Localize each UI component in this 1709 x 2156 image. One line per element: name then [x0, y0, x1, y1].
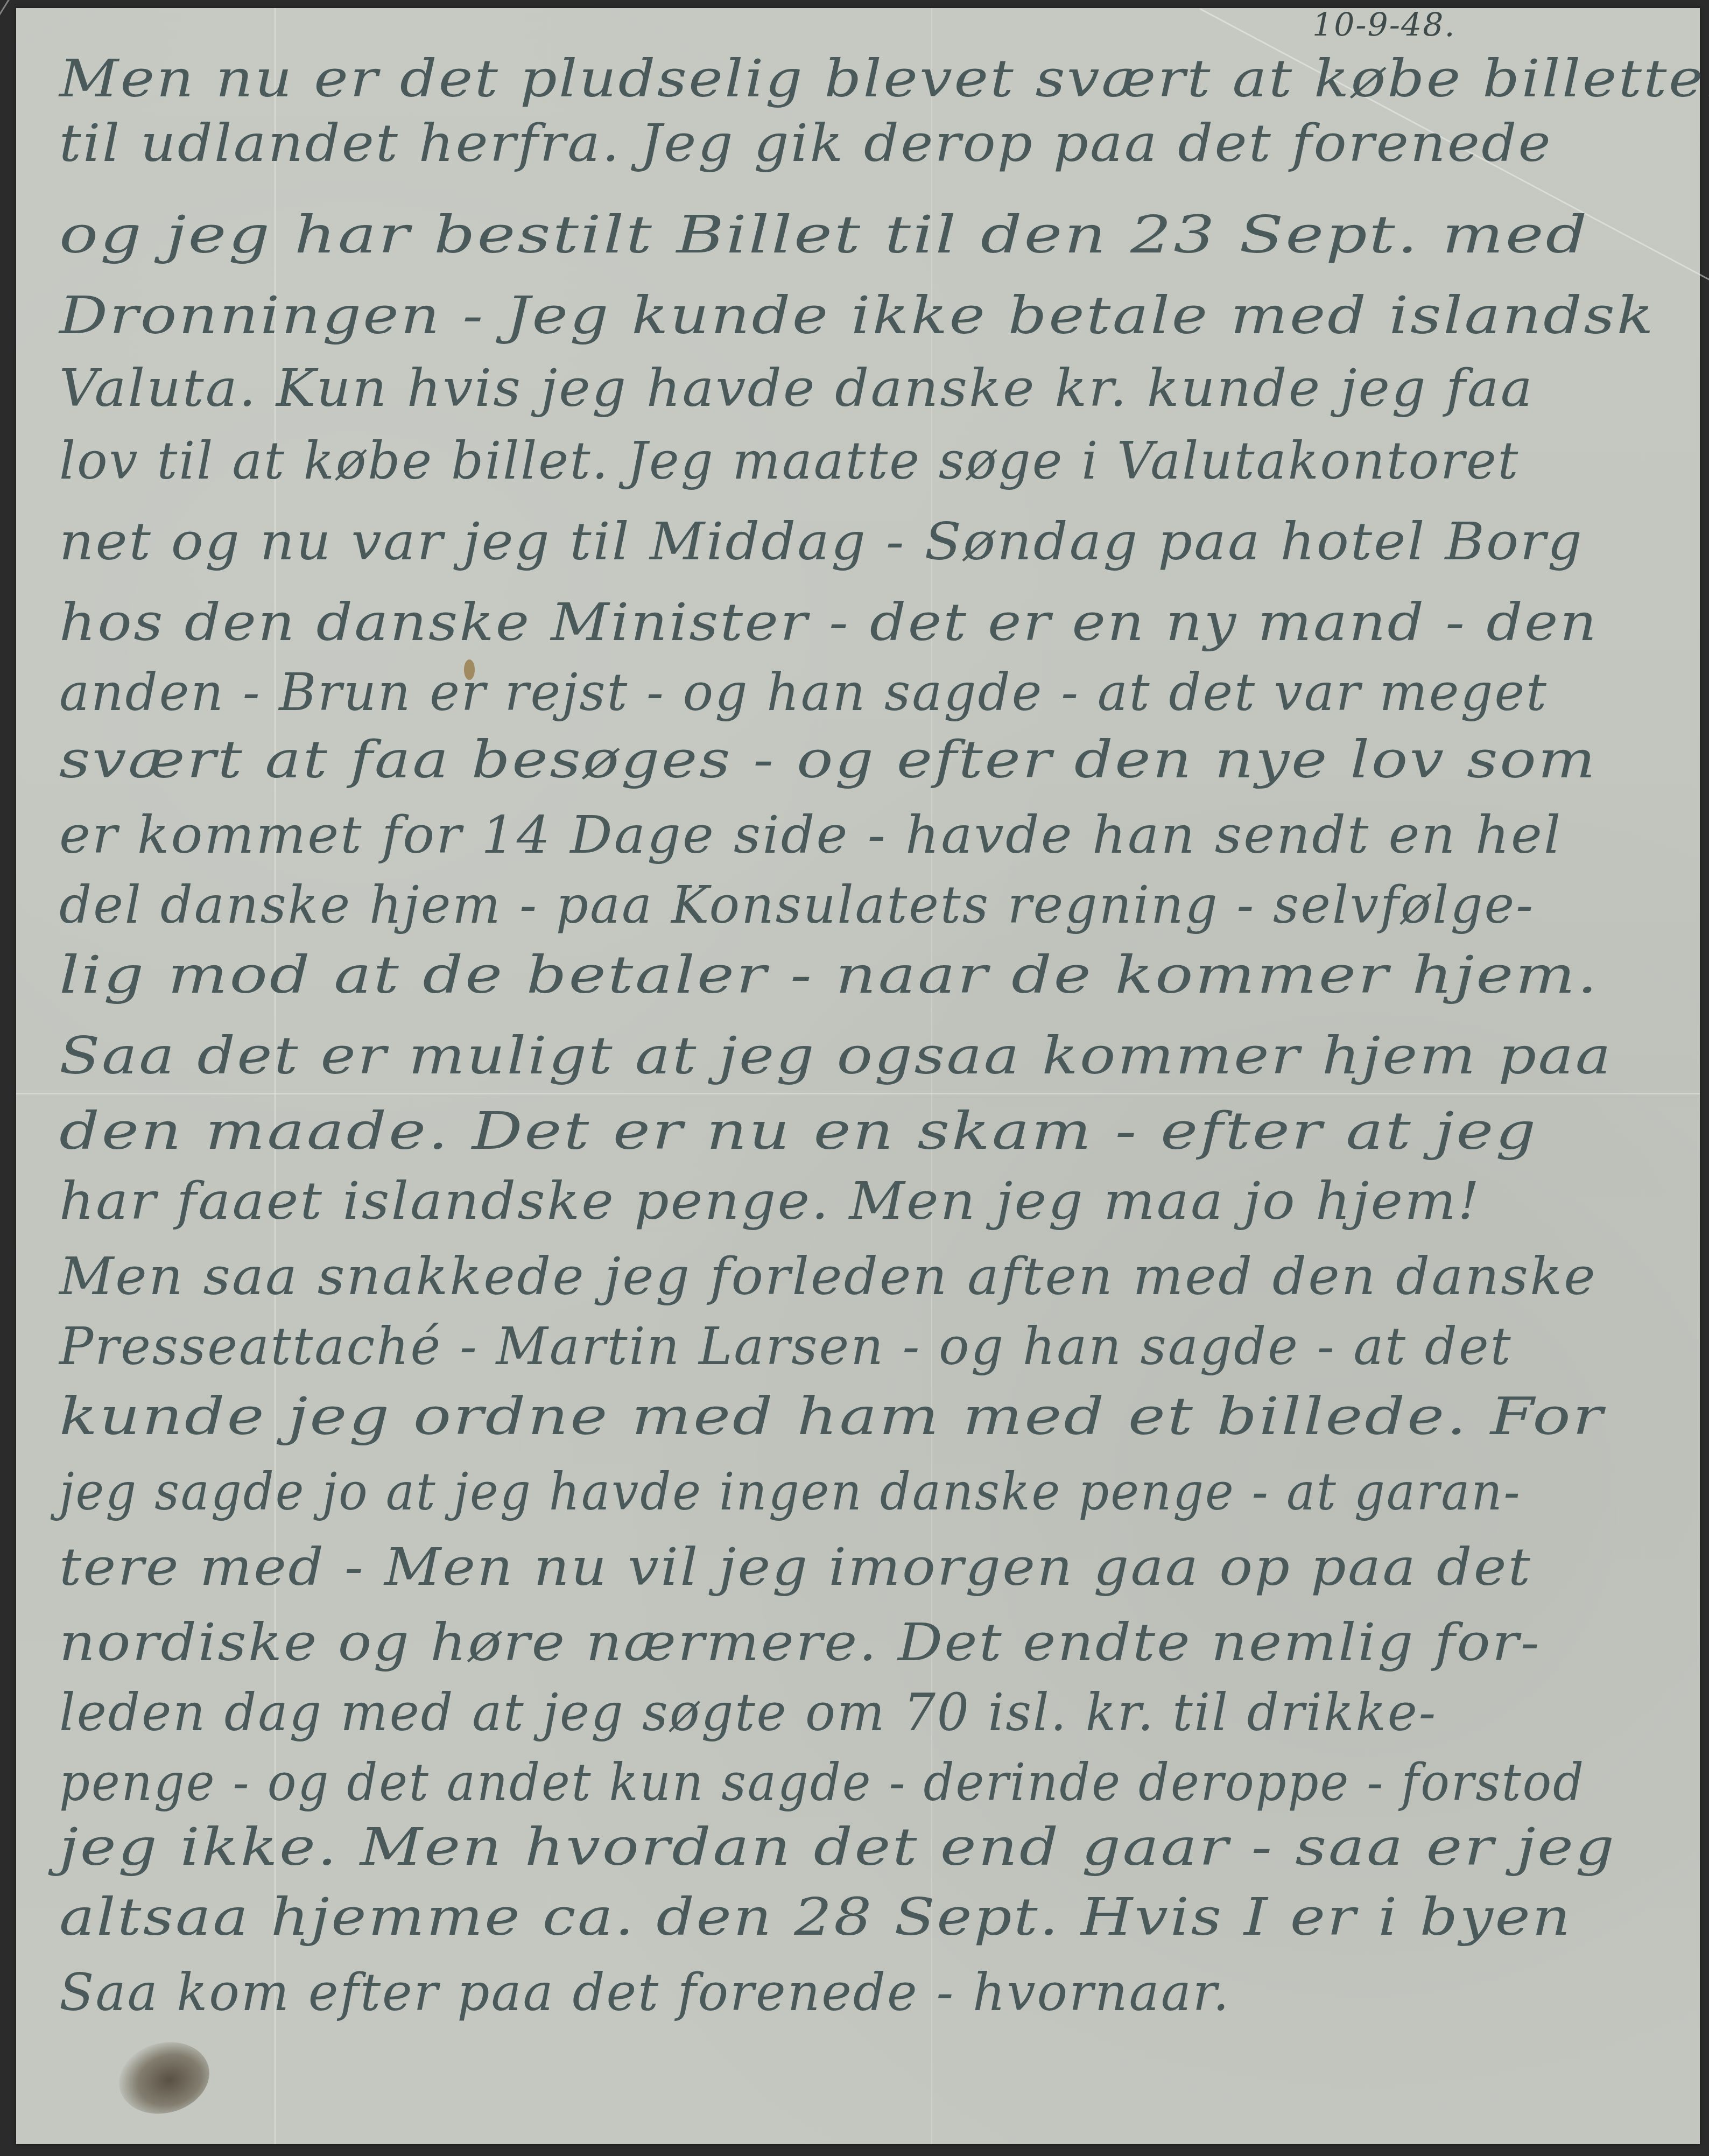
letter-line-24: penge - og det andet kun sagde - derinde… — [59, 1752, 1585, 1813]
letter-line-20: jeg sagde jo at jeg havde ingen danske p… — [59, 1462, 1522, 1522]
letter-line-15: den maade. Det er nu en skam - efter at … — [59, 1101, 1538, 1161]
letter-line-1: Men nu er det pludselig blevet svært at … — [59, 48, 1709, 109]
letter-line-11: er kommet for 14 Dage side - havde han s… — [59, 805, 1562, 865]
letter-line-2: til udlandet herfra. Jeg gik derop paa d… — [59, 113, 1552, 173]
letter-line-13: lig mod at de betaler - naar de kommer h… — [59, 945, 1599, 1005]
letter-line-7: net og nu var jeg til Middag - Søndag pa… — [59, 511, 1584, 572]
letter-line-25: jeg ikke. Men hvordan det end gaar - saa… — [59, 1817, 1616, 1877]
letter-line-19: kunde jeg ordne med ham med et billede. … — [59, 1386, 1605, 1446]
letter-line-4: Dronningen - Jeg kunde ikke betale med i… — [59, 285, 1655, 346]
letter-line-27: Saa kom efter paa det forenede - hvornaa… — [59, 1962, 1230, 2022]
letter-line-5: Valuta. Kun hvis jeg havde danske kr. ku… — [59, 358, 1534, 418]
letter-line-23: leden dag med at jeg søgte om 70 isl. kr… — [59, 1682, 1437, 1743]
horizontal-fold-crease — [16, 1093, 1700, 1094]
ink-stain-dot — [464, 659, 475, 680]
letter-line-16: har faaet islandske penge. Men jeg maa j… — [59, 1171, 1481, 1231]
letter-line-18: Presseattaché - Martin Larsen - og han s… — [59, 1316, 1512, 1377]
letter-line-12: del danske hjem - paa Konsulatets regnin… — [59, 875, 1535, 935]
letter-line-17: Men saa snakkede jeg forleden aften med … — [59, 1246, 1597, 1307]
letter-line-10: svært at faa besøges - og efter den nye … — [59, 729, 1597, 790]
letter-line-21: tere med - Men nu vil jeg imorgen gaa op… — [59, 1537, 1532, 1597]
letter-line-14: Saa det er muligt at jeg ogsaa kommer hj… — [59, 1026, 1613, 1086]
letter-date: 10-9-48. — [1312, 6, 1456, 44]
letter-line-3: og jeg har bestilt Billet til den 23 Sep… — [59, 205, 1589, 265]
letter-line-26: altsaa hjemme ca. den 28 Sept. Hvis I er… — [59, 1887, 1572, 1947]
letter-line-22: nordiske og høre nærmere. Det endte neml… — [59, 1612, 1541, 1673]
letter-line-8: hos den danske Minister - det er en ny m… — [59, 592, 1598, 652]
letter-line-9: anden - Brun er rejst - og han sagde - a… — [59, 662, 1548, 722]
letter-line-6: lov til at købe billet. Jeg maatte søge … — [59, 431, 1520, 491]
